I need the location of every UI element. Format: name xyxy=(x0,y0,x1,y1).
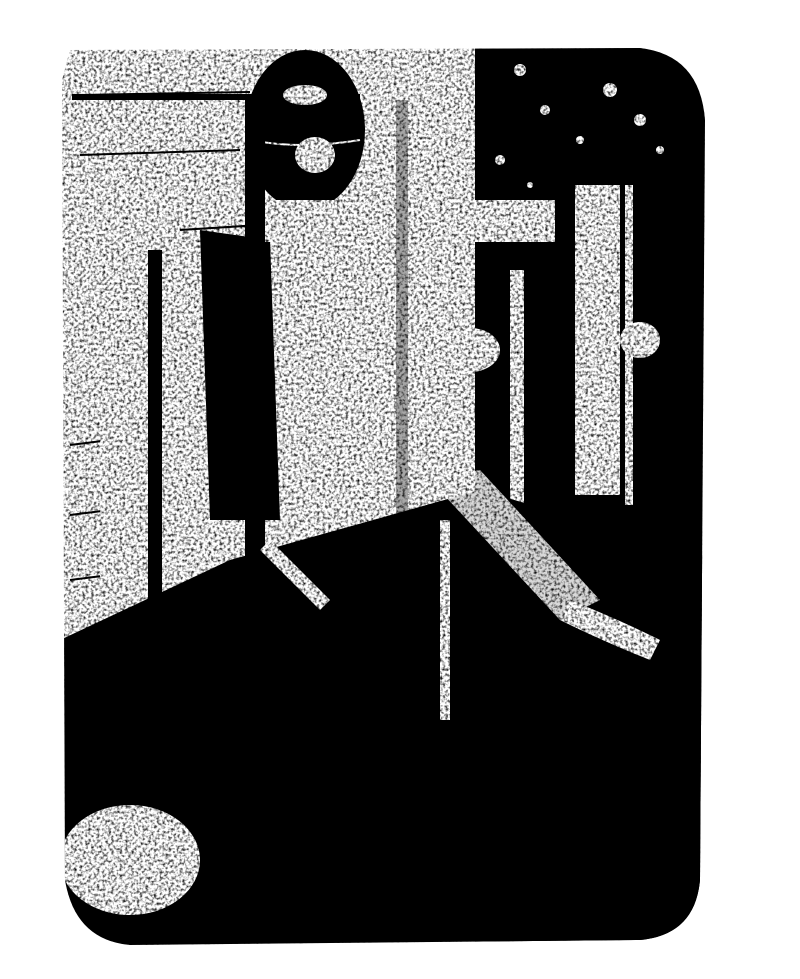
photograph xyxy=(0,0,800,979)
